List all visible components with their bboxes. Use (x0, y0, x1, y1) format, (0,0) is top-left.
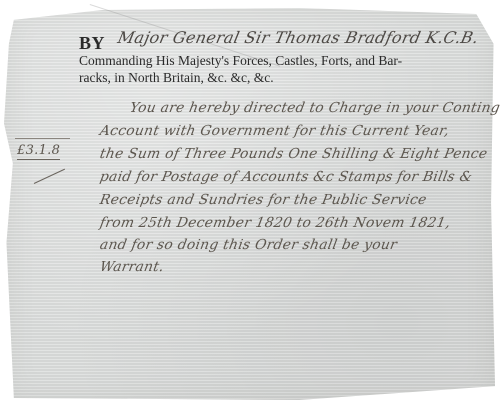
body-line-7: and for so doing this Order shall be you… (99, 237, 399, 253)
body-line-8: Warrant. (99, 259, 166, 275)
body-line-3: the Sum of Three Pounds One Shilling & E… (99, 146, 489, 162)
margin-amount-rule (15, 138, 70, 139)
printed-by-heading: BY (79, 33, 105, 54)
body-line-5: Receipts and Sundries for the Public Ser… (99, 192, 428, 208)
margin-amount: £3.1.8 (17, 143, 60, 160)
body-line-2: Account with Government for this Current… (99, 123, 451, 139)
body-line-1: You are hereby directed to Charge in you… (129, 100, 500, 116)
officer-name-handwritten: Major General Sir Thomas Bradford K.C.B. (116, 28, 480, 47)
printed-header-line-2: racks, in North Britain, &c. &c, &c. (79, 70, 274, 86)
body-line-4: paid for Postage of Accounts &c Stamps f… (99, 169, 474, 185)
printed-header-line-1: Commanding His Majesty's Forces, Castles… (79, 53, 402, 69)
body-line-6: from 25th December 1820 to 26th Novem 18… (99, 215, 452, 231)
